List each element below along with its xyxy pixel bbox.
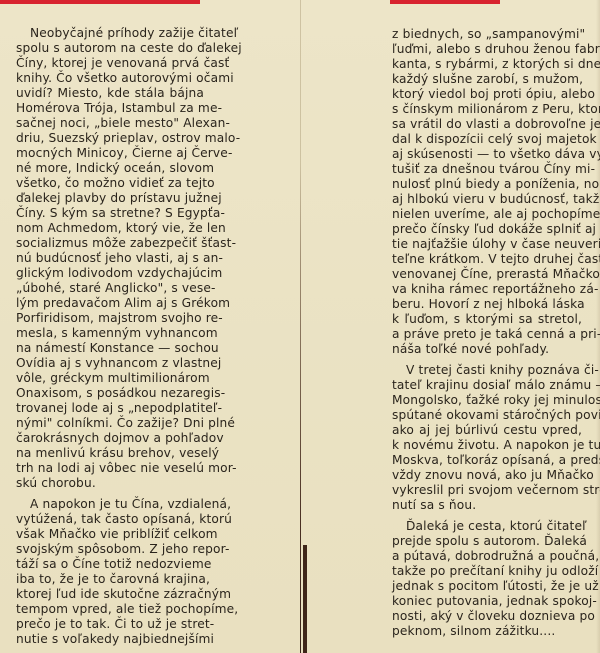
- text-line: nutí sa s ňou.: [392, 498, 582, 513]
- text-line: prečo čínsky ľud dokáže splniť aj: [392, 222, 582, 237]
- text-line: glickým lodivodom vzdychajúcim: [16, 266, 204, 281]
- left-flap-text: Neobyčajné príhody zažije čitateľspolu s…: [16, 26, 204, 653]
- text-line: k ľuďom, s ktorými sa stretol,: [392, 312, 582, 327]
- text-line: knihy. Čo všetko autorovými očami: [16, 71, 204, 86]
- text-line: s čínskym milionárom z Peru, ktorý: [392, 102, 582, 117]
- text-line: dal k dispozícii celý svoj majetok: [392, 132, 582, 147]
- text-line: venovanej Číne, prerastá Mňačko-: [392, 267, 582, 282]
- text-line: socializmus môže zabezpečiť šťast-: [16, 236, 204, 251]
- text-line: beru. Hovorí z nej hlboká láska: [392, 297, 582, 312]
- text-line: svojským spôsobom. Z jeho repor-: [16, 542, 204, 557]
- text-line: k novému životu. A napokon je tu: [392, 438, 582, 453]
- text-line: driu, Suezský prieplav, ostrov malo-: [16, 131, 204, 146]
- text-line: nutie s voľakedy najbiednejšími: [16, 632, 204, 647]
- text-line: trovanej lode aj s „nepodplatiteľ-: [16, 401, 204, 416]
- text-line: Číny. S kým sa stretne? S Egypťa-: [16, 206, 204, 221]
- paragraph: Ďaleká je cesta, ktorú čitateľprejde spo…: [392, 519, 582, 639]
- text-line: kanta, s rybármi, z ktorých si dnes: [392, 57, 582, 72]
- text-line: Ovídia aj s vyhnancom z vlastnej: [16, 356, 204, 371]
- red-accent-bar-left: [0, 0, 200, 4]
- text-line: na menlivú krásu brehov, veselý: [16, 446, 204, 461]
- text-line: Mongolsko, ťažké roky jej minulosti: [392, 393, 582, 408]
- text-line: spolu s autorom na ceste do ďalekej: [16, 41, 204, 56]
- text-line: nom Achmedom, ktorý vie, že len: [16, 221, 204, 236]
- text-line: A napokon je tu Čína, vzdialená,: [16, 497, 204, 512]
- red-accent-bar-right: [390, 0, 500, 4]
- text-line: Homérova Trója, Istambul za me-: [16, 101, 204, 116]
- text-line: vykreslil pri svojom večernom stret-: [392, 483, 582, 498]
- text-line: a práve preto je taká cenná a pri-: [392, 327, 582, 342]
- text-line: nosti, aký v človeku doznieva po: [392, 609, 582, 624]
- text-line: táží sa o Číne totiž nedozvieme: [16, 557, 204, 572]
- text-line: iba to, že je to čarovná krajina,: [16, 572, 204, 587]
- text-line: a pútavá, dobrodružná a poučná,: [392, 549, 582, 564]
- text-line: trh na lodi aj vôbec nie veselú mor-: [16, 461, 204, 476]
- text-line: nielen uveríme, ale aj pochopíme,: [392, 207, 582, 222]
- text-line: ktorej ľud ide skutočne zázračným: [16, 587, 204, 602]
- text-line: vždy znovu nová, ako ju Mňačko: [392, 468, 582, 483]
- text-line: na námestí Konstance — sochou: [16, 341, 204, 356]
- page-edge-shadow: [596, 0, 600, 653]
- text-line: Onaxisom, s posádkou nezaregis-: [16, 386, 204, 401]
- text-line: ďalekej plavby do prístavu južnej: [16, 191, 204, 206]
- spine-edge: [303, 545, 307, 653]
- text-line: aj skúsenosti — to všetko dáva vy-: [392, 147, 582, 162]
- text-line: Neobyčajné príhody zažije čitateľ: [16, 26, 204, 41]
- text-line: Moskva, toľkoráz opísaná, a predsa: [392, 453, 582, 468]
- paragraph: A napokon je tu Čína, vzdialená,vytúžená…: [16, 497, 204, 647]
- text-line: však Mňačko vie priblížiť celkom: [16, 527, 204, 542]
- text-line: čarokrásnych dojmov a pohľadov: [16, 431, 204, 446]
- text-line: prečo je to tak. Či to už je stret-: [16, 617, 204, 632]
- paragraph: z biednych, so „sampanovými"ľuďmi, alebo…: [392, 27, 582, 357]
- text-line: vôle, gréckym multimilionárom: [16, 371, 204, 386]
- text-line: teľne krátkom. V tejto druhej časti,: [392, 252, 582, 267]
- text-line: mesla, s kamenným vyhnancom: [16, 326, 204, 341]
- text-line: va kniha rámec reportážneho zá-: [392, 282, 582, 297]
- text-line: koniec putovania, jednak spokoj-: [392, 594, 582, 609]
- text-line: nú budúcnosť jeho vlasti, aj s an-: [16, 251, 204, 266]
- right-flap-text: z biednych, so „sampanovými"ľuďmi, alebo…: [392, 27, 582, 645]
- text-line: skú chorobu.: [16, 476, 204, 491]
- text-line: tempom vpred, ale tiež pochopíme,: [16, 602, 204, 617]
- text-line: aj hlbokú vieru v budúcnosť, takže: [392, 192, 582, 207]
- text-line: nými" colníkmi. Čo zažije? Dni plné: [16, 416, 204, 431]
- text-line: V tretej časti knihy poznáva či-: [392, 363, 582, 378]
- text-line: spútané okovami stáročných povier,: [392, 408, 582, 423]
- text-line: jednak s pocitom ľútosti, že je už: [392, 579, 582, 594]
- text-line: ktorý viedol boj proti ópiu, alebo: [392, 87, 582, 102]
- text-line: takže po prečítaní knihy ju odloží: [392, 564, 582, 579]
- text-line: lým predavačom Alim aj s Grékom: [16, 296, 204, 311]
- text-line: ľuďmi, alebo s druhou ženou fabri-: [392, 42, 582, 57]
- text-line: každý slušne zarobí, s mužom,: [392, 72, 582, 87]
- text-line: peknom, silnom zážitku....: [392, 624, 582, 639]
- text-line: všetko, čo možno vidieť za tejto: [16, 176, 204, 191]
- text-line: Ďaleká je cesta, ktorú čitateľ: [392, 519, 582, 534]
- text-line: uvidí? Miesto, kde stála bájna: [16, 86, 204, 101]
- text-line: sačnej noci, „biele mesto" Alexan-: [16, 116, 204, 131]
- text-line: ako aj jej búrlivú cestu vpred,: [392, 423, 582, 438]
- text-line: vytúžená, tak často opísaná, ktorú: [16, 512, 204, 527]
- text-line: mocných Minicoy, Čierne aj Červe-: [16, 146, 204, 161]
- text-line: tušiť za dnešnou tvárou Číny mi-: [392, 162, 582, 177]
- text-line: „úbohé, staré Anglicko", s vese-: [16, 281, 204, 296]
- fold-line: [300, 0, 301, 653]
- text-line: Číny, ktorej je venovaná prvá časť: [16, 56, 204, 71]
- text-line: náša toľké nové pohľady.: [392, 342, 582, 357]
- text-line: tateľ krajinu dosiaľ málo známu —: [392, 378, 582, 393]
- text-line: tie najťažšie úlohy v čase neuveri-: [392, 237, 582, 252]
- text-line: sa vrátil do vlasti a dobrovoľne jej: [392, 117, 582, 132]
- paragraph: V tretej časti knihy poznáva či-tateľ kr…: [392, 363, 582, 513]
- text-line: né more, Indický oceán, slovom: [16, 161, 204, 176]
- text-line: nulosť plnú biedy a poníženia, no: [392, 177, 582, 192]
- left-flap: Neobyčajné príhody zažije čitateľspolu s…: [0, 0, 300, 653]
- text-line: Porfiridisom, majstrom svojho re-: [16, 311, 204, 326]
- paragraph: Neobyčajné príhody zažije čitateľspolu s…: [16, 26, 204, 491]
- text-line: prejde spolu s autorom. Ďaleká: [392, 534, 582, 549]
- right-flap: z biednych, so „sampanovými"ľuďmi, alebo…: [300, 0, 600, 653]
- text-line: z biednych, so „sampanovými": [392, 27, 582, 42]
